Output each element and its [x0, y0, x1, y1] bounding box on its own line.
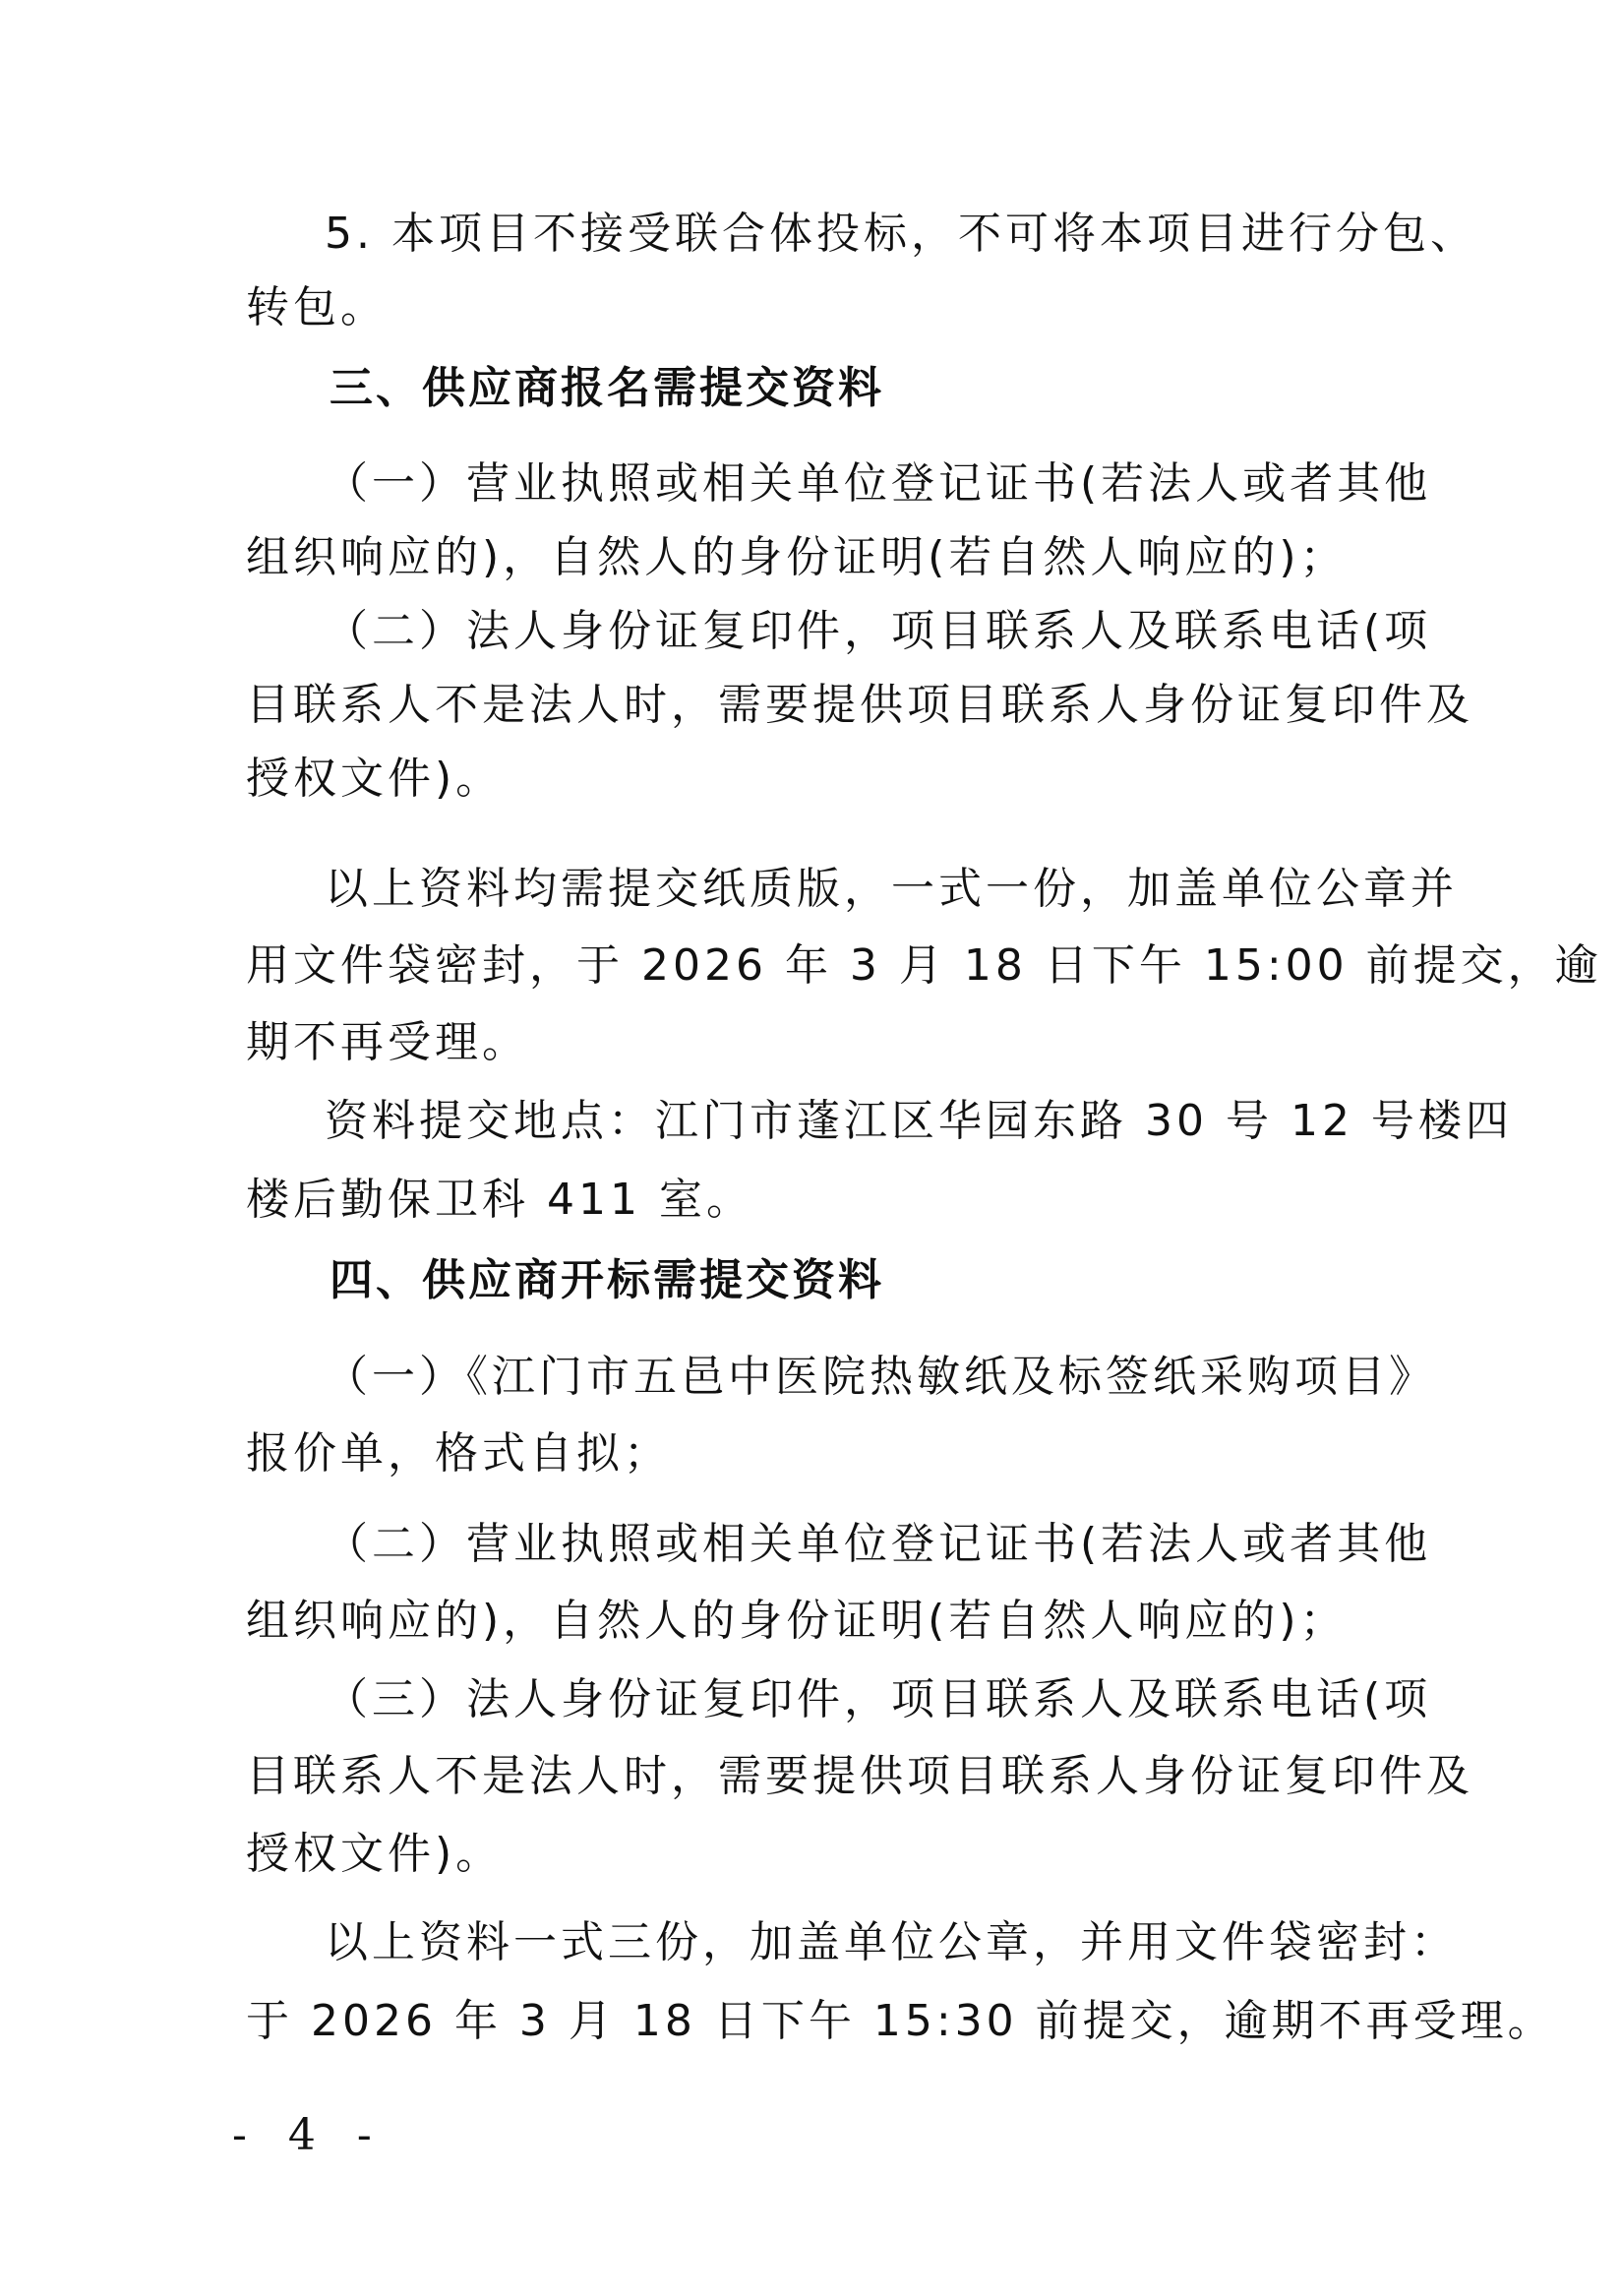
paragraph-4-2-cont: 组织响应的)，自然人的身份证明(若自然人响应的)； [246, 1592, 1348, 1651]
paragraph-item-5: 5. 本项目不接受联合体投标，不可将本项目进行分包、 [325, 205, 1477, 264]
paragraph-3-note-cont1: 用文件袋密封，于 2026 年 3 月 18 日下午 15:00 前提交，逾 [246, 937, 1602, 996]
paragraph-4-3-cont1: 目联系人不是法人时，需要提供项目联系人身份证复印件及 [246, 1747, 1473, 1806]
paragraph-3-address-cont: 楼后勤保卫科 411 室。 [246, 1171, 753, 1230]
paragraph-3-note: 以上资料均需提交纸质版，一式一份，加盖单位公章并 [325, 860, 1458, 919]
paragraph-item-5-cont: 转包。 [246, 278, 388, 337]
paragraph-4-3-cont2: 授权文件)。 [246, 1825, 503, 1884]
paragraph-3-1: （一）营业执照或相关单位登记证书(若法人或者其他 [325, 454, 1431, 514]
paragraph-3-1-cont: 组织响应的)，自然人的身份证明(若自然人响应的)； [246, 528, 1348, 587]
paragraph-4-note: 以上资料一式三份，加盖单位公章，并用文件袋密封： [325, 1913, 1458, 1972]
paragraph-4-1-cont: 报价单，格式自拟； [246, 1424, 671, 1483]
document-page: 5. 本项目不接受联合体投标，不可将本项目进行分包、 转包。 三、供应商报名需提… [0, 0, 1621, 2296]
section-heading-3: 三、供应商报名需提交资料 [330, 359, 884, 418]
paragraph-3-2-cont2: 授权文件)。 [246, 750, 503, 809]
paragraph-3-2: （二）法人身份证复印件，项目联系人及联系电话(项 [325, 602, 1431, 661]
paragraph-3-2-cont1: 目联系人不是法人时，需要提供项目联系人身份证复印件及 [246, 676, 1473, 735]
section-heading-4: 四、供应商开标需提交资料 [330, 1251, 884, 1310]
paragraph-4-2: （二）营业执照或相关单位登记证书(若法人或者其他 [325, 1515, 1431, 1574]
paragraph-4-1: （一）《江门市五邑中医院热敏纸及标签纸采购项目》 [325, 1348, 1436, 1407]
paragraph-3-address: 资料提交地点：江门市蓬江区华园东路 30 号 12 号楼四 [325, 1092, 1513, 1151]
page-number: - 4 - [232, 2110, 386, 2160]
paragraph-4-note-cont: 于 2026 年 3 月 18 日下午 15:30 前提交，逾期不再受理。 [246, 1992, 1555, 2051]
paragraph-4-3: （三）法人身份证复印件，项目联系人及联系电话(项 [325, 1670, 1431, 1729]
paragraph-3-note-cont2: 期不再受理。 [246, 1013, 529, 1072]
